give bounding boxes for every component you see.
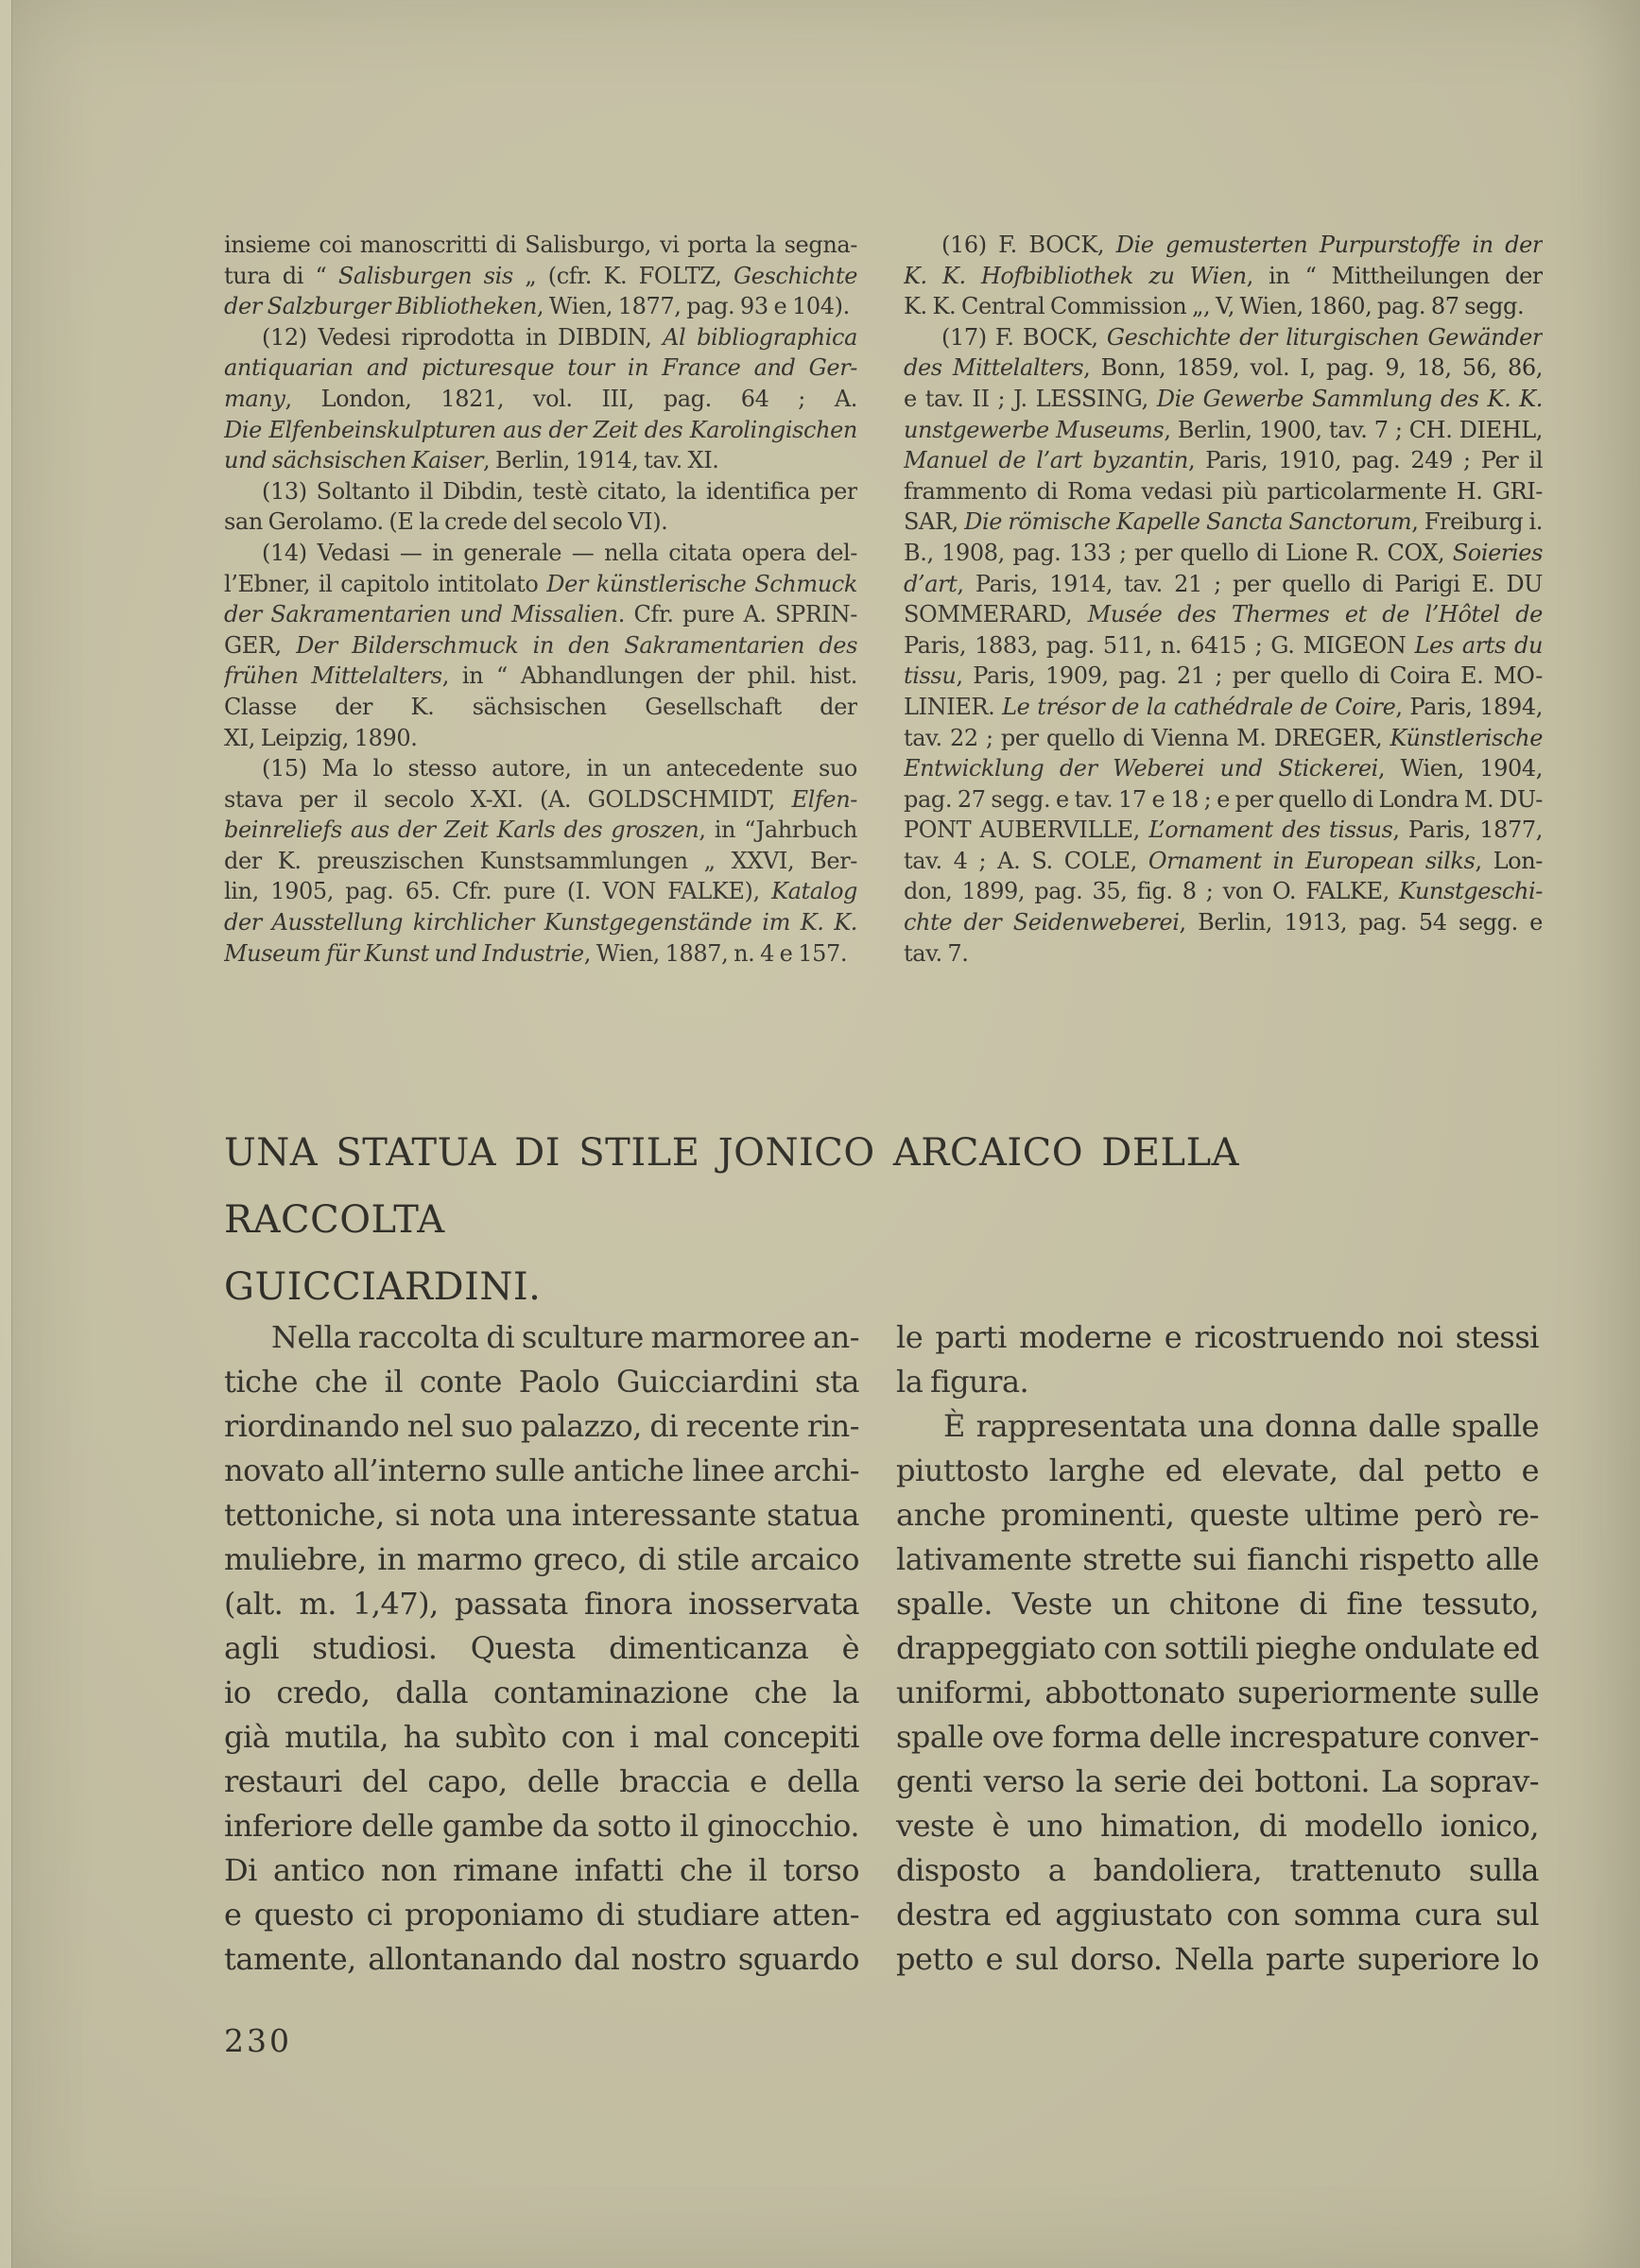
text-line: l’Ebner, il capitolo intitolato Der küns… — [224, 569, 857, 600]
text-line: destra ed aggiustato con somma cura sul — [896, 1893, 1539, 1937]
text-run: piuttosto larghe ed elevate, dal petto e… — [896, 1452, 1539, 1493]
text-line: beinreliefs aus der Zeit Karls des grosz… — [224, 815, 857, 846]
text-run: (16) F. BOCK, — [941, 232, 1116, 258]
text-line: und sächsischen Kaiser, Berlin, 1914, ta… — [224, 445, 857, 476]
text-run: don, 1899, pag. 35, fig. 8 ; von O. FALK… — [904, 878, 1399, 904]
text-run: , Wien, 1877, pag. 93 e 104). — [537, 293, 850, 319]
text-run: (12) Vedesi riprodotta in DIBDIN, — [262, 324, 663, 351]
text-line: veste è uno himation, di modello ionico, — [896, 1804, 1539, 1848]
text-run: disposto a bandoliera, trattenuto sulla … — [896, 1852, 1539, 1893]
italic-text-run: Künstlerische — [1390, 725, 1543, 751]
text-line: antiquarian and picturesque tour in Fran… — [224, 352, 857, 384]
text-line: anche prominenti, queste ultime però re- — [896, 1493, 1539, 1538]
text-line: le parti moderne e ricostruendo noi stes… — [896, 1315, 1539, 1360]
text-run: la figura. — [896, 1364, 1028, 1400]
text-run: restauri del capo, delle braccia e della… — [224, 1763, 859, 1804]
text-line: lativamente strette sui fianchi rispetto… — [896, 1538, 1539, 1582]
text-line: e questo ci proponiamo di studiare atten… — [224, 1893, 859, 1937]
text-line: piuttosto larghe ed elevate, dal petto e… — [896, 1449, 1539, 1493]
text-run: tav. 22 ; per quello di Vienna M. DREGER… — [904, 725, 1390, 751]
text-run: destra ed aggiustato con somma cura sul — [896, 1897, 1539, 1933]
italic-text-run: Entwicklung der Weberei und Stickerei — [904, 755, 1378, 782]
italic-text-run: frühen Mittelalters — [224, 662, 442, 689]
text-line: d’art, Paris, 1914, tav. 21 ; per quello… — [904, 569, 1543, 600]
body-left-column: Nella raccolta di sculture marmoree an-t… — [224, 1315, 859, 1982]
text-line: inferiore delle gambe da sotto il ginocc… — [224, 1804, 859, 1848]
text-run: tav. 4 ; A. S. COLE, — [904, 848, 1148, 874]
text-run: riordinando nel suo palazzo, di recente … — [224, 1408, 859, 1444]
text-line: tav. 4 ; A. S. COLE, Ornament in Europea… — [904, 846, 1543, 877]
text-run: insieme coi manoscritti di Salisburgo, v… — [224, 232, 857, 258]
text-line: PONT AUBERVILLE, L’ornament des tissus, … — [904, 815, 1543, 846]
text-line: muliebre, in marmo greco, di stile arcai… — [224, 1538, 859, 1582]
text-line: K. K. Hofbibliothek zu Wien, in “ Mitthe… — [904, 261, 1543, 292]
text-run: inferiore delle gambe da sotto il ginocc… — [224, 1808, 859, 1844]
text-line: Classe der K. sächsischen Gesellschaft d… — [224, 692, 857, 723]
italic-text-run: Museum für Kunst und Industrie — [224, 940, 584, 967]
text-run: (15) Ma lo stesso autore, in un antecede… — [224, 755, 857, 784]
text-run: , Freiburg i. — [1411, 508, 1543, 535]
italic-text-run: Geschichte — [734, 263, 857, 289]
text-line: stava per il secolo X-XI. (A. GOLDSCHMID… — [224, 784, 857, 816]
text-line: der K. preuszischen Kunstsammlungen „ XX… — [224, 846, 857, 877]
text-line: SAR, Die römische Kapelle Sancta Sanctor… — [904, 507, 1543, 538]
text-run: , Wien, 1904, — [1378, 755, 1543, 782]
text-run: tura di “ — [224, 263, 338, 289]
text-line: drappeggiato con sottili pieghe ondulate… — [896, 1626, 1539, 1671]
italic-text-run: der Ausstellung kirchlicher Kunstgegenst… — [224, 909, 857, 936]
text-line: tav. 22 ; per quello di Vienna M. DREGER… — [904, 723, 1543, 754]
text-run: , Paris, 1914, tav. 21 ; per quello di P… — [957, 571, 1543, 597]
text-line: e tav. II ; J. LESSING, Die Gewerbe Samm… — [904, 384, 1543, 415]
text-line: restauri del capo, delle braccia e della… — [224, 1760, 859, 1804]
text-run: , Wien, 1887, n. 4 e 157. — [584, 940, 847, 967]
text-run: Nella raccolta di sculture marmoree an- — [271, 1319, 859, 1355]
text-line: novato all’interno sulle antiche linee a… — [224, 1449, 859, 1493]
italic-text-run: Die Elfenbeinskulpturen aus der Zeit des… — [224, 417, 857, 443]
text-line: frühen Mittelalters, in “ Abhandlungen d… — [224, 661, 857, 692]
italic-text-run: und sächsischen Kaiser — [224, 447, 483, 473]
italic-text-run: K. K. Hofbibliothek zu Wien — [904, 263, 1247, 289]
text-line: XI, Leipzig, 1890. — [224, 723, 857, 754]
italic-text-run: unstgewerbe Museums — [904, 417, 1164, 443]
text-run: e questo ci proponiamo di studiare atten… — [224, 1897, 859, 1933]
italic-text-run: L’ornament des tissus — [1148, 816, 1392, 843]
text-line: (17) F. BOCK, Geschichte der liturgische… — [904, 322, 1543, 353]
italic-text-run: Le trésor de la cathédrale de Coire — [1002, 694, 1395, 720]
italic-text-run: d’art — [904, 571, 957, 597]
text-run: tamente, allontanando dal nostro sguardo — [224, 1941, 859, 1977]
text-line: der Salzburger Bibliotheken, Wien, 1877,… — [224, 291, 857, 322]
text-run: B., 1908, pag. 133 ; per quello di Lione… — [904, 540, 1453, 566]
text-line: LINIER. Le trésor de la cathédrale de Co… — [904, 692, 1543, 723]
text-line: già mutila, ha subìto con i mal concepit… — [224, 1715, 859, 1760]
text-run: genti verso la serie dei bottoni. La sop… — [896, 1763, 1539, 1799]
text-run: agli studiosi. Questa dimenticanza è dip… — [224, 1630, 859, 1671]
text-line: insieme coi manoscritti di Salisburgo, v… — [224, 230, 857, 261]
text-run: io credo, dalla contaminazione che la st… — [224, 1675, 859, 1715]
text-line: (13) Soltanto il Dibdin, testè citato, l… — [224, 476, 857, 507]
text-run: (13) Soltanto il Dibdin, testè citato, l… — [262, 478, 857, 505]
text-line: K. K. Central Commission „, V, Wien, 186… — [904, 291, 1543, 322]
text-run: Paris, 1883, pag. 511, n. 6415 ; G. MIGE… — [904, 632, 1415, 659]
text-run: (14) Vedasi — in generale — nella citata… — [262, 540, 857, 566]
text-run: (17) F. BOCK, — [941, 324, 1107, 351]
text-run: SOMMERARD, — [904, 601, 1088, 627]
text-line: petto e sul dorso. Nella parte superiore… — [896, 1937, 1539, 1982]
text-run: , in “Jahrbuch — [699, 816, 857, 843]
text-line: lin, 1905, pag. 65. Cfr. pure (I. VON FA… — [224, 876, 857, 907]
text-run: drappeggiato con sottili pieghe ondulate… — [896, 1630, 1539, 1666]
footnotes-right-column: (16) F. BOCK, Die gemusterten Purpurstof… — [904, 230, 1543, 969]
text-line: uniformi, abbottonato superiormente sull… — [896, 1671, 1539, 1715]
text-line: frammento di Roma vedasi più particolarm… — [904, 476, 1543, 507]
italic-text-run: beinreliefs aus der Zeit Karls des grosz… — [224, 816, 699, 843]
italic-text-run: Kunstgeschi- — [1399, 878, 1543, 904]
article-title-line1: UNA STATUA DI STILE JONICO ARCAICO DELLA… — [224, 1120, 1453, 1254]
text-run: tav. 7. — [904, 940, 969, 967]
text-run: san Gerolamo. (E la crede del secolo VI)… — [224, 508, 667, 535]
text-run: frammento di Roma vedasi più particolarm… — [904, 478, 1543, 505]
italic-text-run: der Sakramentarien und Missalien — [224, 601, 618, 627]
text-line: chte der Seidenweberei, Berlin, 1913, pa… — [904, 907, 1543, 938]
text-line: don, 1899, pag. 35, fig. 8 ; von O. FALK… — [904, 876, 1543, 907]
text-line: Manuel de l’art byzantin, Paris, 1910, p… — [904, 445, 1543, 476]
text-run: Di antico non rimane infatti che il tors… — [224, 1852, 859, 1888]
text-line: B., 1908, pag. 133 ; per quello di Lione… — [904, 538, 1543, 569]
text-run: GER, — [224, 632, 296, 659]
text-run: lin, 1905, pag. 65. Cfr. pure (I. VON FA… — [224, 878, 771, 904]
page-left-edge — [0, 0, 12, 2268]
text-run: spalle. Veste un chitone di fine tessuto… — [896, 1586, 1539, 1622]
body-right-column: le parti moderne e ricostruendo noi stes… — [896, 1315, 1539, 1982]
italic-text-run: Die römische Kapelle Sancta Sanctorum — [964, 508, 1411, 535]
text-line: (alt. m. 1,47), passata finora inosserva… — [224, 1582, 859, 1626]
italic-text-run: many — [224, 386, 285, 412]
italic-text-run: Salisburgen sis — [338, 263, 513, 289]
italic-text-run: Der Bilderschmuck in den Sakramentarien … — [296, 632, 857, 659]
text-run: , Berlin, 1913, pag. 54 segg. e — [1180, 909, 1543, 936]
text-line: san Gerolamo. (E la crede del secolo VI)… — [224, 507, 857, 538]
text-line: spalle. Veste un chitone di fine tessuto… — [896, 1582, 1539, 1626]
italic-text-run: Die Gewerbe Sammlung des K. K. — [1157, 386, 1543, 412]
text-run: , Paris, 1877, — [1392, 816, 1543, 843]
text-run: , Paris, 1910, pag. 249 ; Per il — [1188, 447, 1543, 473]
text-line: der Ausstellung kirchlicher Kunstgegenst… — [224, 907, 857, 938]
italic-text-run: Elfen- — [792, 786, 857, 813]
text-line: unstgewerbe Museums, Berlin, 1900, tav. … — [904, 415, 1543, 446]
text-run: novato all’interno sulle antiche linee a… — [224, 1452, 859, 1488]
text-run: È rappresentata una donna dalle spalle — [943, 1408, 1539, 1444]
text-run: PONT AUBERVILLE, — [904, 816, 1148, 843]
text-run: , in “ Mittheilungen der — [1247, 263, 1543, 289]
text-run: anche prominenti, queste ultime però re- — [896, 1497, 1539, 1533]
text-run: Classe der K. sächsischen Gesellschaft d… — [224, 694, 857, 723]
text-run: già mutila, ha subìto con i mal concepit… — [224, 1719, 859, 1755]
text-run: . Cfr. pure A. SPRIN- — [618, 601, 857, 627]
text-run: XI, Leipzig, 1890. — [224, 725, 417, 751]
footnotes-left-column: insieme coi manoscritti di Salisburgo, v… — [224, 230, 857, 969]
italic-text-run: Al bibliographica — [663, 324, 857, 351]
text-line: genti verso la serie dei bottoni. La sop… — [896, 1760, 1539, 1804]
italic-text-run: Die gemusterten Purpurstoffe in der — [1116, 232, 1543, 258]
text-line: tiche che il conte Paolo Guicciardini st… — [224, 1360, 859, 1404]
text-run: , London, 1821, vol. III, pag. 64 ; A. G… — [224, 386, 857, 415]
text-run: e tav. II ; J. LESSING, — [904, 386, 1157, 412]
text-run: stava per il secolo X-XI. (A. GOLDSCHMID… — [224, 786, 792, 813]
text-line: È rappresentata una donna dalle spalle — [896, 1404, 1539, 1449]
text-run: (alt. m. 1,47), passata finora inosserva… — [224, 1586, 859, 1622]
text-run: tettoniche, si nota una interessante sta… — [224, 1497, 859, 1533]
text-run: tiche che il conte Paolo Guicciardini st… — [224, 1364, 859, 1400]
italic-text-run: Geschichte der liturgischen Gewänder — [1107, 324, 1543, 351]
text-line: SOMMERARD, Musée des Thermes et de l’Hôt… — [904, 599, 1543, 630]
text-line: (16) F. BOCK, Die gemusterten Purpurstof… — [904, 230, 1543, 261]
italic-text-run: des Mittelalters — [904, 354, 1083, 381]
text-line: tav. 7. — [904, 938, 1543, 970]
article-title: UNA STATUA DI STILE JONICO ARCAICO DELLA… — [224, 1120, 1453, 1321]
text-line: Di antico non rimane infatti che il tors… — [224, 1848, 859, 1893]
italic-text-run: tissu — [904, 662, 956, 689]
text-run: , Paris, 1894, — [1395, 694, 1543, 720]
text-run: , in “ Abhandlungen der phil. hist. — [442, 662, 857, 689]
text-line: GER, Der Bilderschmuck in den Sakramenta… — [224, 630, 857, 661]
text-line: pag. 27 segg. e tav. 17 e 18 ; e per que… — [904, 784, 1543, 816]
text-line: Nella raccolta di sculture marmoree an- — [224, 1315, 859, 1360]
text-run: , Berlin, 1900, tav. 7 ; CH. DIEHL, — [1164, 417, 1543, 443]
scanned-journal-page: insieme coi manoscritti di Salisburgo, v… — [0, 0, 1640, 2268]
text-run: pag. 27 segg. e tav. 17 e 18 ; e per que… — [904, 786, 1543, 813]
text-run: muliebre, in marmo greco, di stile arcai… — [224, 1541, 859, 1577]
text-line: der Sakramentarien und Missalien. Cfr. p… — [224, 599, 857, 630]
text-run: „ (cfr. K. FOLTZ, — [513, 263, 734, 289]
text-run: le parti moderne e ricostruendo noi stes… — [896, 1319, 1539, 1355]
text-line: agli studiosi. Questa dimenticanza è dip… — [224, 1626, 859, 1671]
italic-text-run: antiquarian and picturesque tour in Fran… — [224, 354, 857, 381]
italic-text-run: Der künstlerische Schmuck — [546, 571, 857, 597]
text-run: LINIER. — [904, 694, 1002, 720]
text-run: uniformi, abbottonato superiormente sull… — [896, 1675, 1539, 1710]
text-line: tura di “ Salisburgen sis „ (cfr. K. FOL… — [224, 261, 857, 292]
page-number: 230 — [224, 2022, 292, 2059]
text-line: Die Elfenbeinskulpturen aus der Zeit des… — [224, 415, 857, 446]
text-line: tissu, Paris, 1909, pag. 21 ; per quello… — [904, 661, 1543, 692]
italic-text-run: Katalog — [771, 878, 857, 904]
text-line: la figura. — [896, 1360, 1539, 1404]
text-run: veste è uno himation, di modello ionico, — [896, 1808, 1539, 1844]
text-line: tettoniche, si nota una interessante sta… — [224, 1493, 859, 1538]
text-run: , Paris, 1909, pag. 21 ; per quello di C… — [956, 662, 1543, 689]
text-run: l’Ebner, il capitolo intitolato — [224, 571, 546, 597]
italic-text-run: der Salzburger Bibliotheken — [224, 293, 537, 319]
italic-text-run: Manuel de l’art byzantin — [904, 447, 1188, 473]
text-line: io credo, dalla contaminazione che la st… — [224, 1671, 859, 1715]
article-title-line2: GUICCIARDINI. — [224, 1254, 1453, 1321]
text-line: Museum für Kunst und Industrie, Wien, 18… — [224, 938, 857, 970]
text-line: many, London, 1821, vol. III, pag. 64 ; … — [224, 384, 857, 415]
text-line: Entwicklung der Weberei und Stickerei, W… — [904, 753, 1543, 784]
italic-text-run: chte der Seidenweberei — [904, 909, 1180, 936]
text-line: tamente, allontanando dal nostro sguardo — [224, 1937, 859, 1982]
text-run: SAR, — [904, 508, 964, 535]
text-run: , Berlin, 1914, tav. XI. — [483, 447, 719, 473]
italic-text-run: Les arts du — [1415, 632, 1543, 659]
text-line: (12) Vedesi riprodotta in DIBDIN, Al bib… — [224, 322, 857, 353]
italic-text-run: Ornament in European silks — [1148, 848, 1476, 874]
text-line: (14) Vedasi — in generale — nella citata… — [224, 538, 857, 569]
text-run: , Bonn, 1859, vol. I, pag. 9, 18, 56, 86… — [1083, 354, 1543, 381]
text-run: petto e sul dorso. Nella parte superiore… — [896, 1941, 1539, 1977]
text-line: riordinando nel suo palazzo, di recente … — [224, 1404, 859, 1449]
text-line: des Mittelalters, Bonn, 1859, vol. I, pa… — [904, 352, 1543, 384]
text-line: disposto a bandoliera, trattenuto sulla … — [896, 1848, 1539, 1893]
text-run: der K. preuszischen Kunstsammlungen „ XX… — [224, 848, 857, 874]
text-run: , Lon- — [1475, 848, 1543, 874]
text-run: spalle ove forma delle increspature conv… — [896, 1719, 1539, 1755]
text-run: lativamente strette sui fianchi rispetto… — [896, 1541, 1539, 1577]
italic-text-run: Soieries — [1453, 540, 1543, 566]
text-run: K. K. Central Commission „, V, Wien, 186… — [904, 293, 1524, 319]
text-line: spalle ove forma delle increspature conv… — [896, 1715, 1539, 1760]
text-line: Paris, 1883, pag. 511, n. 6415 ; G. MIGE… — [904, 630, 1543, 661]
text-line: (15) Ma lo stesso autore, in un antecede… — [224, 753, 857, 784]
